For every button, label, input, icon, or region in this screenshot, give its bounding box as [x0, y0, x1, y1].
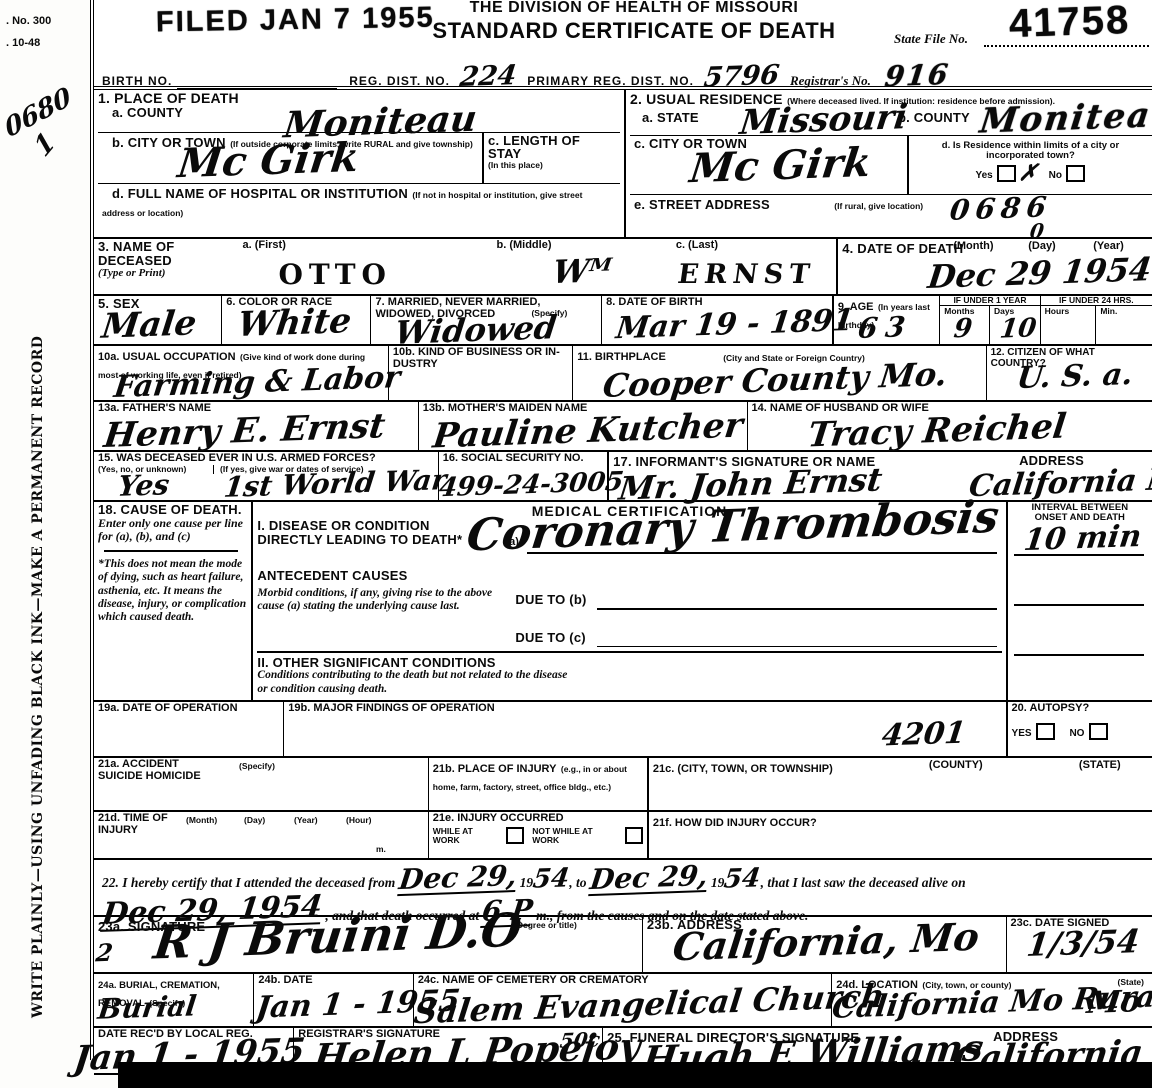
- s21a-note: (Specify): [239, 762, 275, 771]
- section-21a-accident: 21a. ACCIDENT SUICIDE HOMICIDE (Specify): [94, 758, 428, 810]
- row-occupation: 10a. USUAL OCCUPATION (Give kind of work…: [94, 346, 1152, 402]
- s1a-label: a. COUNTY: [112, 106, 183, 132]
- s22-to-value: Dec 29,: [588, 862, 709, 896]
- section-17-informant: 17. INFORMANT'S SIGNATURE OR NAME ADDRES…: [607, 452, 1152, 500]
- row-physician: 23a. SIGNATURE (Degree or title) 2 R J B…: [94, 917, 1152, 974]
- row-demographics: 5. SEX Male 6. COLOR OR RACE White 7. MA…: [94, 296, 1152, 346]
- s19b-value: 4201: [880, 718, 967, 751]
- s3-title-note: (Type or Print): [98, 267, 234, 280]
- s20-no-checkbox: [1089, 723, 1108, 740]
- section-11-birthplace: 11. BIRTHPLACE (City and State or Foreig…: [572, 346, 985, 400]
- section-24d-location: 24d. LOCATION (City, town, or county) (S…: [831, 974, 1152, 1026]
- s2d-no-label: No: [1049, 170, 1062, 181]
- s11-value: Cooper County Mo.: [601, 358, 949, 402]
- s8-value: Mar 19 - 1891: [614, 306, 855, 344]
- s20-yes-label: YES: [1012, 728, 1032, 739]
- s9-hours-label: Hours: [1045, 307, 1092, 316]
- s24b-label: 24b. DATE: [258, 975, 408, 987]
- s20-label: 20. AUTOPSY?: [1012, 703, 1148, 715]
- s18-interval-value: 10 min: [1022, 522, 1143, 556]
- s23a-stray-mark: 2: [95, 941, 115, 966]
- s21d-year: (Year): [294, 816, 318, 825]
- s21c-label: 21c. (CITY, TOWN, OR TOWNSHIP): [653, 763, 833, 775]
- primary-reg-dist-value: 5796: [703, 62, 781, 92]
- s21e-label: 21e. INJURY OCCURRED: [433, 813, 643, 825]
- s5-value: Male: [100, 306, 198, 343]
- section-19b-findings: 19b. MAJOR FINDINGS OF OPERATION 4201: [283, 702, 1005, 756]
- s2c-value: Mc Girk: [688, 143, 874, 190]
- registrar-no-value: 916: [884, 61, 952, 91]
- s3-first-cell: a. (First) OTTO: [238, 239, 492, 294]
- s4-month-label: (Month): [953, 241, 993, 253]
- section-23a-signature: 23a. SIGNATURE (Degree or title) 2 R J B…: [94, 917, 642, 972]
- s22-year2-value: 54: [723, 865, 762, 892]
- title-line1: THE DIVISION OF HEALTH OF MISSOURI: [424, 0, 844, 17]
- section-3-name-label: 3. NAME OF DECEASED (Type or Print): [94, 239, 238, 294]
- section-24c-cemetery: 24c. NAME OF CEMETERY OR CREMATORY Salem…: [413, 974, 831, 1026]
- s2b-value: Moniteau: [978, 97, 1152, 138]
- s4-value: Dec 29 1954: [926, 253, 1152, 293]
- s21d-label: 21d. TIME OF INJURY: [98, 813, 168, 836]
- interval-line-a: [1014, 554, 1144, 556]
- section-16-ssn: 16. SOCIAL SECURITY NO. 499-24-3005: [438, 452, 607, 500]
- section-9-age: 9. AGE (In years last birthday) 63: [832, 296, 939, 344]
- s13a-value: Henry E. Ernst: [102, 409, 387, 453]
- s3-first-value: OTTO: [278, 261, 391, 289]
- section-10b-industry: 10b. KIND OF BUSINESS OR IN­DUSTRY: [388, 346, 572, 400]
- s1c-note: (In this place): [488, 161, 616, 170]
- certificate-form: FILED JAN 7 1955 THE DIVISION OF HEALTH …: [90, 0, 1152, 1060]
- s9-months-value: 9: [953, 316, 974, 343]
- section-14-spouse: 14. NAME OF HUSBAND OR WIFE Tracy Reiche…: [747, 402, 1152, 450]
- s23a-value: R J Bruini D.O: [151, 906, 524, 965]
- s21f-label: 21f. HOW DID INJURY OCCUR?: [653, 817, 817, 829]
- interval-line-b: [1014, 604, 1144, 606]
- scan-left-margin: . No. 300 . 10-48 0680 1 WRITE PLAINLY—U…: [0, 0, 88, 1088]
- section-21d-time: 21d. TIME OF INJURY (Month) (Day) (Year)…: [94, 812, 428, 858]
- section-5-sex: 5. SEX Male: [94, 296, 221, 344]
- s24d-state-value: Mo: [1085, 987, 1142, 1019]
- s3-first-label: a. (First): [242, 240, 488, 252]
- section-10a-occupation: 10a. USUAL OCCUPATION (Give kind of work…: [94, 346, 388, 400]
- registration-line: BIRTH NO. REG. DIST. NO. 224 PRIMARY REG…: [102, 62, 1148, 84]
- s1b-value: Mc Girk: [176, 137, 362, 184]
- s14-value: Tracy Reichel: [806, 409, 1068, 452]
- s3-last-value: ERNST: [676, 261, 817, 288]
- section-23b-address: 23b. ADDRESS California, Mo: [642, 917, 1006, 972]
- s2a-label: a. STATE: [642, 110, 699, 125]
- s3-last-cell: c. (Last) ERNST: [672, 239, 836, 294]
- s22-year1-value: 54: [531, 865, 570, 892]
- s18-due-c: DUE TO (c): [515, 631, 585, 645]
- write-plainly-vertical-text: WRITE PLAINLY—USING UNFADING BLACK INK—M…: [30, 168, 46, 1018]
- s4-title: 4. DATE OF DEATH: [842, 241, 963, 256]
- section-12-citizen: 12. CITIZEN OF WHAT COUNTRY? U. S. a.: [986, 346, 1152, 400]
- s21c-county: (COUNTY): [929, 760, 983, 772]
- form-number-line2: . 10-48: [6, 38, 40, 50]
- s23a-note: (Degree or title): [514, 921, 577, 930]
- s20-yes-checkbox: [1036, 723, 1055, 740]
- s3-middle-cell: b. (Middle) Wᴹ: [493, 239, 672, 294]
- s18-antecedent-note: Morbid conditions, if any, giving rise t…: [257, 587, 507, 613]
- s2d-yes-checkbox: [997, 165, 1016, 182]
- section-21f-how: 21f. HOW DID INJURY OCCUR?: [647, 812, 1152, 858]
- section-21e-occurred: 21e. INJURY OCCURRED WHILE AT WORK NOT W…: [428, 812, 647, 858]
- s10b-label: 10b. KIND OF BUSINESS OR IN­DUSTRY: [393, 347, 568, 370]
- s7-value: Widowed: [394, 311, 559, 349]
- registrar-no-label: Registrar's No.: [790, 73, 871, 88]
- s23c-value: 1/3/54: [1025, 925, 1141, 961]
- s2e-label: e. STREET ADDRESS: [634, 197, 770, 212]
- row-injury-1: 21a. ACCIDENT SUICIDE HOMICIDE (Specify)…: [94, 758, 1152, 812]
- s15-value2: 1st World War: [222, 466, 448, 502]
- cause-b-line: [597, 607, 997, 610]
- s21d-m: m.: [376, 845, 386, 854]
- s9-min-label: Min.: [1100, 307, 1148, 316]
- cause-c-line: [597, 645, 997, 647]
- s21d-day: (Day): [244, 816, 265, 825]
- s22-text1: 22. I hereby certify that I attended the…: [102, 875, 395, 890]
- s19a-label: 19a. DATE OF OPERA­TION: [98, 703, 279, 715]
- s16-label: 16. SOCIAL SECURITY NO.: [443, 453, 603, 465]
- s24c-value: Salem Evangelical Church: [412, 980, 886, 1029]
- s18-i-label1: I. DISEASE OR CONDITION: [257, 519, 487, 533]
- s24a-value: Burial: [96, 992, 198, 1024]
- section-13b-mother: 13b. MOTHER'S MAIDEN NAME Pauline Kutche…: [418, 402, 747, 450]
- s2d-label: d. Is Residence within limits of a city …: [913, 141, 1148, 162]
- s6-value: White: [236, 304, 353, 342]
- row-place-residence: 1. PLACE OF DEATH a. COUNTY Moniteau b. …: [94, 90, 1152, 239]
- s9-under24-label: IF UNDER 24 HRS.: [1041, 296, 1152, 306]
- section-19a-operation-date: 19a. DATE OF OPERA­TION: [94, 702, 283, 756]
- row-medical-certification: 18. CAUSE OF DEATH. Enter only one cause…: [94, 502, 1152, 702]
- interval-line-c: [1014, 654, 1144, 656]
- s9-value: 63: [856, 313, 914, 343]
- s9-under1-group: IF UNDER 1 YEAR Months 9 Days 10: [939, 296, 1039, 344]
- s23b-value: California, Mo: [671, 918, 982, 967]
- s21c-state: (STATE): [1079, 760, 1121, 772]
- s3-last-label: c. (Last): [676, 240, 832, 252]
- s11-label: 11. BIRTHPLACE: [577, 351, 666, 363]
- row-burial: 24a. BURIAL, CREMA­TION, REMOVAL (Specif…: [94, 974, 1152, 1028]
- s21e-notwhile-checkbox: [625, 827, 643, 844]
- s2d-yes-label: Yes: [975, 170, 992, 181]
- s22-from-value: Dec 29,: [397, 862, 518, 896]
- s4-day-label: (Day): [1028, 241, 1056, 253]
- row-operation-autopsy: 19a. DATE OF OPERA­TION 19b. MAJOR FINDI…: [94, 702, 1152, 758]
- row-parents-spouse: 13a. FATHER'S NAME Henry E. Ernst 13b. M…: [94, 402, 1152, 452]
- section-21b-place: 21b. PLACE OF INJURY (e.g., in or about …: [428, 758, 647, 810]
- s3-middle-label: b. (Middle): [497, 240, 668, 252]
- s18-antecedent: ANTECEDENT CAUSES: [257, 569, 1001, 583]
- s12-value: U. S. a.: [1015, 360, 1134, 394]
- s21e-notwhile-label: NOT WHILE AT WORK: [532, 827, 617, 846]
- death-certificate-scan: { "margin": { "form_no_line1": ". No. 30…: [0, 0, 1152, 1088]
- s2d-yes-check-mark: ✗: [1018, 162, 1039, 185]
- form-number-line1: . No. 300: [6, 16, 51, 28]
- section-8-date-of-birth: 8. DATE OF BIRTH Mar 19 - 1891: [601, 296, 832, 344]
- row-attestation: 22. I hereby certify that I attended the…: [94, 860, 1152, 917]
- s19b-label: 19b. MAJOR FINDINGS OF OPERATION: [288, 703, 1001, 715]
- s18-note2: *This does not mean the mode of dying, s…: [98, 558, 247, 624]
- s2d-no-checkbox: [1066, 165, 1085, 182]
- birth-no-blank: [177, 74, 337, 90]
- s13b-value: Pauline Kutcher: [431, 409, 745, 454]
- s10a-label: 10a. USUAL OCCUPATION: [98, 351, 236, 363]
- s21d-hour: (Hour): [346, 816, 372, 825]
- section-4-date-of-death: 4. DATE OF DEATH (Month) (Day) (Year) De…: [836, 239, 1152, 294]
- state-file-no-stamp: 41758: [1008, 0, 1131, 47]
- s15-value1: Yes: [116, 471, 171, 501]
- section-21c-city: 21c. (CITY, TOWN, OR TOWNSHIP) (COUNTY) …: [647, 758, 1152, 810]
- s18-note1: Enter only one cause per line for (a), (…: [98, 517, 247, 545]
- section-2-usual-residence: 2. USUAL RESIDENCE (Where deceased lived…: [624, 90, 1152, 237]
- s1d-label: d. FULL NAME OF HOSPITAL OR INSTITUTION: [112, 186, 408, 201]
- s18-due-b: DUE TO (b): [515, 593, 586, 607]
- s1c-label: c. LENGTH OF STAY: [488, 134, 616, 161]
- row-name-dod: 3. NAME OF DECEASED (Type or Print) a. (…: [94, 239, 1152, 296]
- s9-under24-group: IF UNDER 24 HRS. Hours Min.: [1040, 296, 1152, 344]
- s15-label: 15. WAS DECEASED EVER IN U.S. ARMED FORC…: [98, 453, 434, 465]
- s16-value: 499-24-3005: [437, 469, 625, 502]
- s21e-while-checkbox: [506, 827, 524, 844]
- section-24a-burial: 24a. BURIAL, CREMA­TION, REMOVAL (Specif…: [94, 974, 253, 1026]
- interval-column: INTERVAL BETWEEN ONSET AND DEATH 10 min: [1006, 502, 1152, 700]
- primary-reg-dist-label: PRIMARY REG. DIST. NO.: [527, 74, 694, 88]
- s3-middle-value: Wᴹ: [551, 254, 613, 288]
- birth-no-label: BIRTH NO.: [102, 74, 172, 88]
- section-24b-date: 24b. DATE Jan 1 - 1955: [253, 974, 412, 1026]
- section-1-place-of-death: 1. PLACE OF DEATH a. COUNTY Moniteau b. …: [94, 90, 624, 237]
- section-23c-date-signed: 23c. DATE SIGNED 1/3/54: [1006, 917, 1152, 972]
- section-7-marital: 7. MARRIED, NEVER MARRIED, WIDOWED, DIVO…: [370, 296, 601, 344]
- s21b-label: 21b. PLACE OF INJURY: [433, 763, 557, 775]
- s3-title: 3. NAME OF DECEASED: [98, 240, 234, 267]
- section-22-statement: 22. I hereby certify that I attended the…: [94, 860, 1152, 915]
- medical-certification-area: MEDICAL CERTIFICATION I. DISEASE OR COND…: [253, 502, 1005, 700]
- s21a-label: 21a. ACCIDENT SUICIDE HOMICIDE: [98, 759, 208, 782]
- s2a-value: Missouri: [738, 100, 909, 140]
- s2e-note: (If rural, give location): [834, 201, 923, 211]
- s9-under1-label: IF UNDER 1 YEAR: [940, 296, 1039, 306]
- s20-no-label: NO: [1069, 728, 1084, 739]
- row-injury-2: 21d. TIME OF INJURY (Month) (Day) (Year)…: [94, 812, 1152, 860]
- section-18-cause-label: 18. CAUSE OF DEATH. Enter only one cause…: [94, 502, 253, 700]
- s9-days-value: 10: [998, 316, 1037, 343]
- section-20-autopsy: 20. AUTOPSY? YES NO: [1006, 702, 1152, 756]
- s22-text5: , that I last saw the deceased alive on: [761, 875, 966, 890]
- scan-bottom-black-bar: [118, 1062, 1152, 1088]
- s25-registrar-fee: 50c: [559, 1029, 601, 1050]
- section-15-armed-forces: 15. WAS DECEASED EVER IN U.S. ARMED FORC…: [94, 452, 438, 500]
- s10a-value: Farming & Labor: [112, 363, 402, 403]
- s21d-month: (Month): [186, 816, 217, 825]
- margin-handwritten-ref2: 1: [31, 128, 60, 162]
- state-file-no-label: State File No.: [894, 32, 968, 47]
- reg-dist-label: REG. DIST. NO.: [349, 74, 450, 88]
- s22-text3: , to: [569, 875, 586, 890]
- s18-ii-note: Conditions contributing to the death but…: [257, 669, 577, 695]
- title-line2: STANDARD CERTIFICATE OF DEATH: [394, 19, 874, 42]
- s21e-while-label: WHILE AT WORK: [433, 827, 498, 846]
- reg-dist-value: 224: [459, 62, 519, 91]
- s2b-label: b. COUNTY: [898, 111, 970, 125]
- s18-label: 18. CAUSE OF DEATH.: [98, 503, 247, 517]
- section-6-race: 6. COLOR OR RACE White: [221, 296, 370, 344]
- filed-date-stamp: FILED JAN 7 1955: [156, 2, 435, 40]
- s18-ii-label: II. OTHER SIGNIFICANT CONDITIONS: [257, 651, 1001, 670]
- section-13a-father: 13a. FATHER'S NAME Henry E. Ernst: [94, 402, 418, 450]
- form-header: FILED JAN 7 1955 THE DIVISION OF HEALTH …: [94, 0, 1152, 90]
